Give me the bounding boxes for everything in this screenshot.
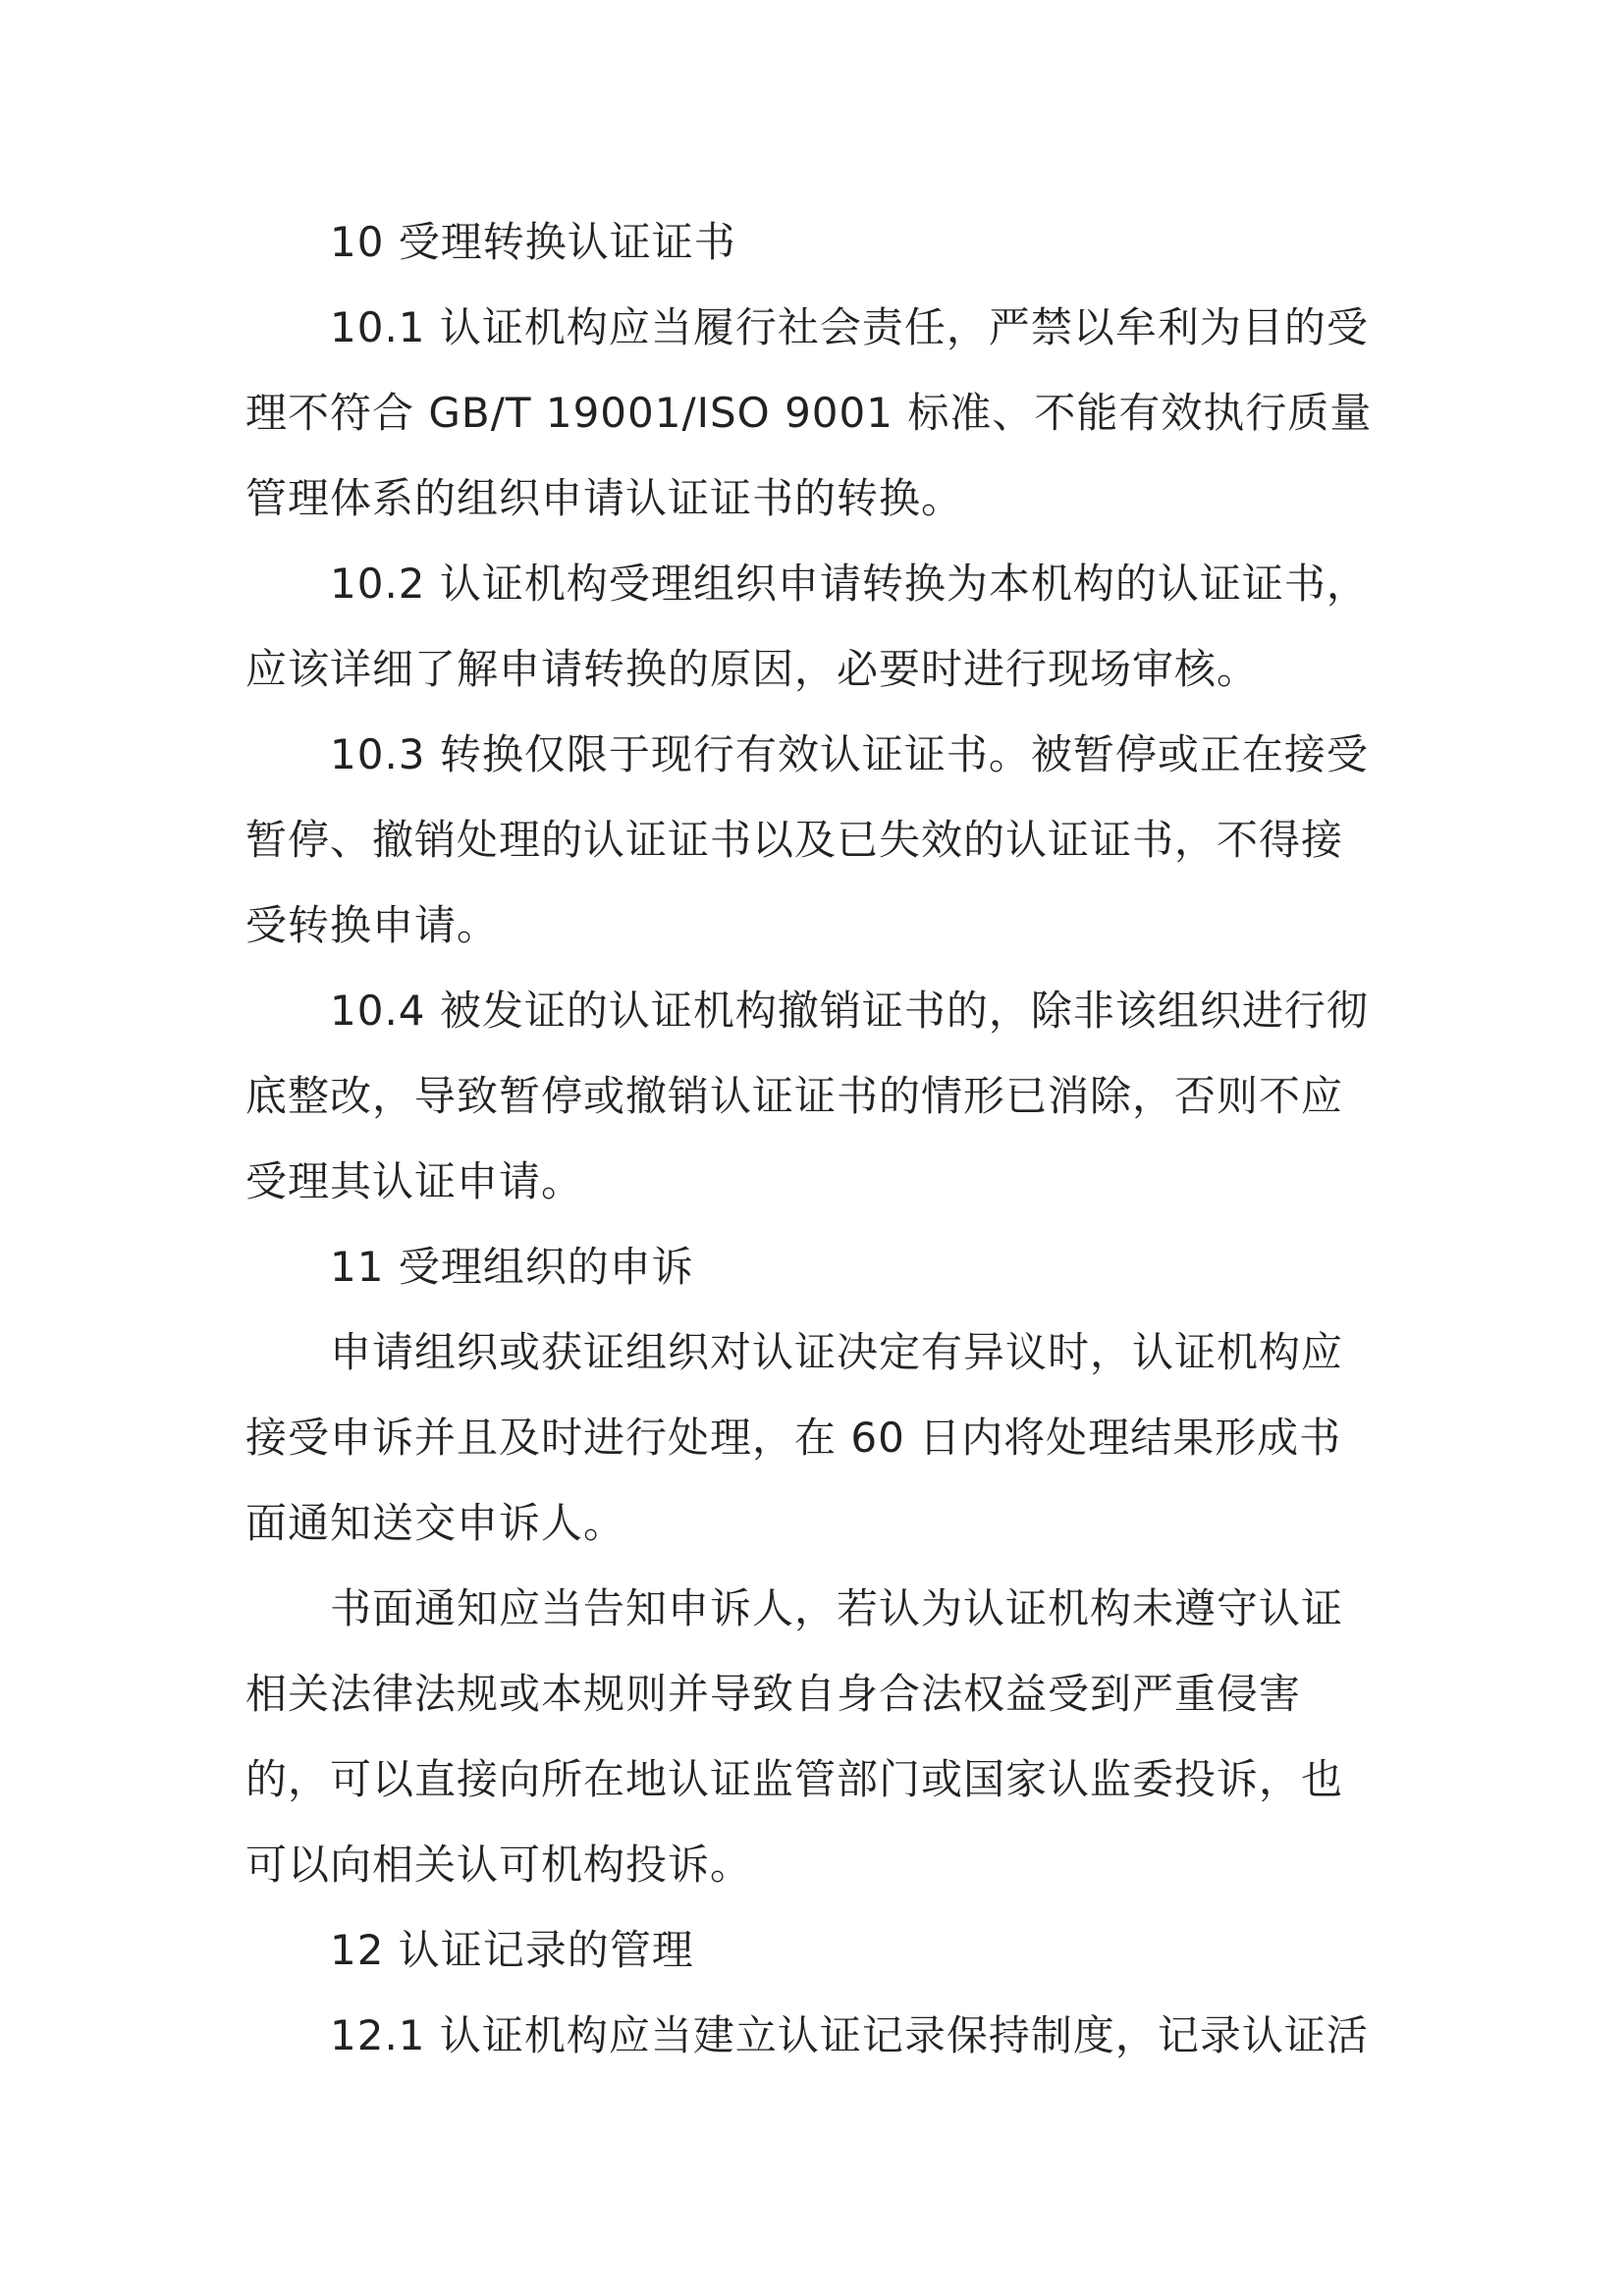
paragraph-line: 理不符合 GB/T 19001/ISO 9001 标准、不能有效执行质量 [245, 385, 1394, 470]
section-heading-12: 12 认证记录的管理 [245, 1922, 1394, 2007]
paragraph-line: 12.1 认证机构应当建立认证记录保持制度，记录认证活 [245, 2007, 1394, 2093]
paragraph-line: 可以向相关认可机构投诉。 [245, 1837, 1394, 1922]
paragraph-line: 书面通知应当告知申诉人，若认为认证机构未遵守认证 [245, 1580, 1394, 1666]
section-heading-10: 10 受理转换认证证书 [245, 214, 1394, 299]
paragraph-line: 受转换申请。 [245, 897, 1394, 983]
paragraph-line: 面通知送交申诉人。 [245, 1495, 1394, 1580]
paragraph-line: 的，可以直接向所在地认证监管部门或国家认监委投诉，也 [245, 1751, 1394, 1837]
paragraph-line: 接受申诉并且及时进行处理，在 60 日内将处理结果形成书 [245, 1410, 1394, 1495]
paragraph-line: 10.1 认证机构应当履行社会责任，严禁以牟利为目的受 [245, 299, 1394, 385]
paragraph-line: 应该详细了解申请转换的原因，必要时进行现场审核。 [245, 641, 1394, 726]
paragraph-line: 管理体系的组织申请认证证书的转换。 [245, 470, 1394, 556]
section-heading-11: 11 受理组织的申诉 [245, 1239, 1394, 1324]
paragraph-line: 暂停、撤销处理的认证证书以及已失效的认证证书，不得接 [245, 812, 1394, 897]
paragraph-line: 10.4 被发证的认证机构撤销证书的，除非该组织进行彻 [245, 983, 1394, 1068]
document-page: 10 受理转换认证证书 10.1 认证机构应当履行社会责任，严禁以牟利为目的受 … [0, 0, 1624, 2296]
paragraph-line: 相关法律法规或本规则并导致自身合法权益受到严重侵害 [245, 1666, 1394, 1751]
paragraph-line: 10.2 认证机构受理组织申请转换为本机构的认证证书， [245, 556, 1394, 641]
paragraph-line: 底整改，导致暂停或撤销认证证书的情形已消除，否则不应 [245, 1068, 1394, 1153]
paragraph-line: 申请组织或获证组织对认证决定有异议时，认证机构应 [245, 1324, 1394, 1410]
document-body: 10 受理转换认证证书 10.1 认证机构应当履行社会责任，严禁以牟利为目的受 … [245, 214, 1394, 2093]
paragraph-line: 受理其认证申请。 [245, 1153, 1394, 1239]
paragraph-line: 10.3 转换仅限于现行有效认证证书。被暂停或正在接受 [245, 726, 1394, 812]
